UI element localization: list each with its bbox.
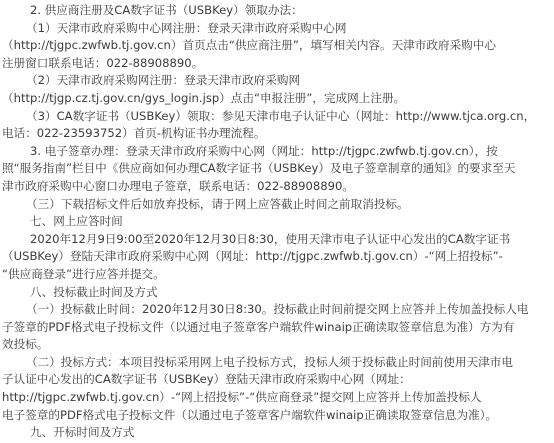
paragraph-line: （2）天津市政府采购网注册：登录天津市政府采购网 bbox=[2, 72, 554, 90]
paragraph-line: （三）下载招标文件后如放弃投标，请于网上应答截止时间之前取消投标。 bbox=[2, 196, 554, 214]
paragraph-line: （http://tjgpc.zwfwb.tj.gov.cn）首页点击“供应商注册… bbox=[2, 37, 554, 55]
paragraph-line: （二）投标方式：本项目投标采用网上电子投标方式，投标人须于投标截止时间前使用天津… bbox=[2, 354, 554, 372]
paragraph-line: （3）CA数字证书（USBKey）领取：参见天津市电子认证中心（网址：http:… bbox=[2, 108, 554, 126]
paragraph-line: （http://tjgp.cz.tj.gov.cn/gys_login.jsp）… bbox=[2, 90, 554, 108]
section-heading-8: 八、投标截止时间及方式 bbox=[2, 284, 554, 302]
paragraph-line: （一）投标截止时间：2020年12月30日8:30。投标截止时间前提交网上应答并… bbox=[2, 301, 554, 319]
paragraph-line: 效投标。 bbox=[2, 336, 554, 354]
paragraph-line: 子认证中心发出的CA数字证书（USBKey）登陆天津市政府采购中心网（网址： bbox=[2, 371, 554, 389]
paragraph-line: 注册窗口联系电话：022-88908890。 bbox=[2, 55, 554, 73]
paragraph-line: “供应商登录”进行应答并提交。 bbox=[2, 266, 554, 284]
paragraph-line: （USBKey）登陆天津市政府采购中心网（网址：http://tjgpc.zwf… bbox=[2, 248, 554, 266]
paragraph-line: 津市政府采购中心窗口办理电子签章，联系电话：022-88908890。 bbox=[2, 178, 554, 196]
heading-electronic-signature: 3. 电子签章办理：登录天津市政府采购中心网（网址：http://tjgpc.z… bbox=[2, 143, 554, 161]
paragraph-line: http://tjgpc.zwfwb.tj.gov.cn）-“网上招投标”-“供… bbox=[2, 389, 554, 407]
paragraph-line: 2020年12月9日9:00至2020年12月30日8:30，使用天津市电子认证… bbox=[2, 231, 554, 249]
section-heading-9: 九、开标时间及方式 bbox=[2, 424, 554, 442]
paragraph-line: 电子签章的PDF格式电子投标文件（以通过电子签章客户端软件winaip正确读取签… bbox=[2, 407, 554, 425]
paragraph-line: 照“服务指南”栏目中《供应商如何办理CA数字证书（USBKey）及电子签章制章的… bbox=[2, 160, 554, 178]
document-body: 2. 供应商注册及CA数字证书（USBKey）领取办法： （1）天津市政府采购中… bbox=[2, 2, 554, 442]
paragraph-line: （1）天津市政府采购中心网注册：登录天津市政府采购中心网 bbox=[2, 20, 554, 38]
section-heading-7: 七、网上应答时间 bbox=[2, 213, 554, 231]
heading-supplier-registration: 2. 供应商注册及CA数字证书（USBKey）领取办法： bbox=[2, 2, 554, 20]
paragraph-line: 电话：022-23593752）首页-机构证书办理流程。 bbox=[2, 125, 554, 143]
paragraph-line: 子签章的PDF格式电子投标文件（以通过电子签章客户端软件winaip正确读取签章… bbox=[2, 319, 554, 337]
